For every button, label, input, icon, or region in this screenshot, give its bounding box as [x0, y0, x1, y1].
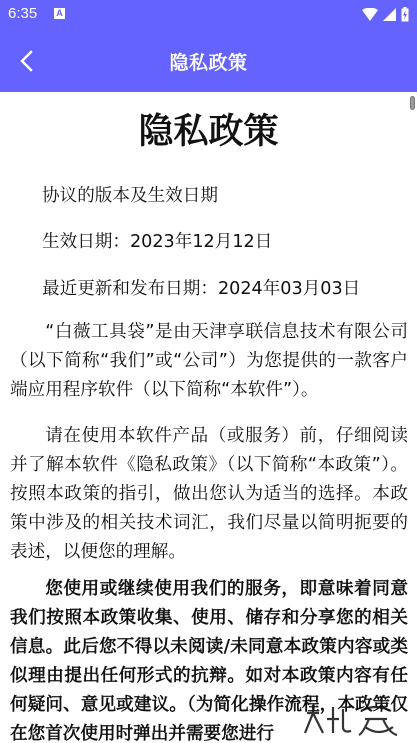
cell-signal-icon	[383, 8, 396, 21]
read-notice-paragraph: 请在使用本软件产品（或服务）前，仔细阅读并了解本软件《隐私政策》（以下简称“本政…	[10, 422, 408, 567]
app-bar-title: 隐私政策	[0, 48, 417, 75]
battery-charging-icon	[401, 7, 409, 22]
status-time: 6:35	[8, 5, 37, 22]
privacy-policy-content[interactable]: 隐私政策 协议的版本及生效日期 生效日期：2023年12月12日 最近更新和发布…	[0, 92, 417, 743]
consent-paragraph: 您使用或继续使用我们的服务，即意味着同意我们按照本政策收集、使用、储存和分享您的…	[10, 575, 408, 743]
intro-paragraph: “白薇工具袋”是由天津享联信息技术有限公司（以下简称“我们”或“公司”）为您提供…	[10, 318, 408, 405]
notification-icon: A	[54, 8, 65, 19]
updated-date: 最近更新和发布日期：2024年03月03日	[42, 275, 402, 304]
version-heading: 协议的版本及生效日期	[42, 182, 402, 211]
app-bar: 隐私政策	[0, 29, 417, 92]
document-title: 隐私政策	[0, 104, 417, 154]
status-icons	[362, 6, 409, 22]
status-bar: 6:35 A	[0, 0, 417, 29]
wifi-icon	[362, 8, 378, 21]
effective-date: 生效日期：2023年12月12日	[42, 228, 402, 257]
